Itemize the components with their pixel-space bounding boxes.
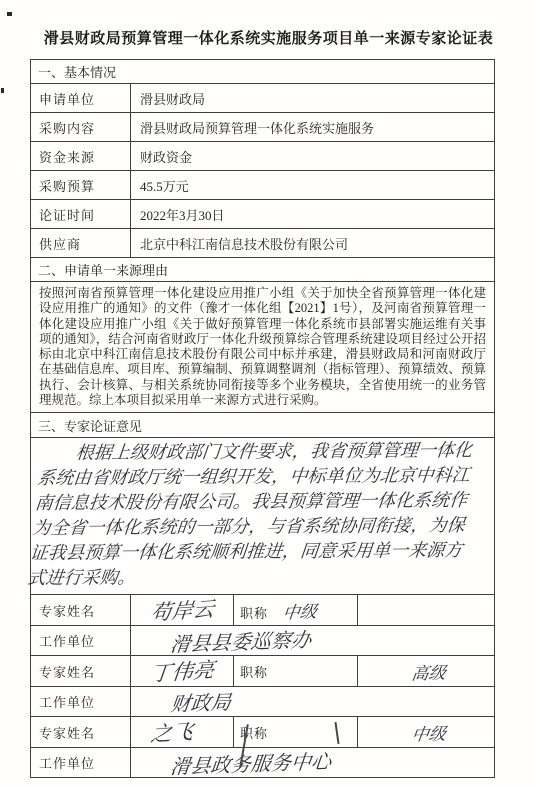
field-label-supplier: 供应商 — [31, 229, 131, 258]
field-value-supplier: 北京中科江南信息技术股份有限公司 — [131, 229, 495, 258]
expert3-extra-cell: 中级 — [358, 717, 495, 748]
document-title: 滑县财政局预算管理一体化系统实施服务项目单一来源专家论证表 — [0, 27, 537, 48]
expert2-title-label: 职称 — [240, 665, 268, 680]
single-source-reason-paragraph: 按照河南省预算管理一体化建设应用推广小组《关于加快全省预算管理一体化建设应用推广… — [31, 282, 495, 413]
expert2-title-cell: 职称 — [234, 656, 358, 687]
scan-speck — [7, 12, 12, 16]
expert1-unit-label: 工作单位 — [31, 626, 131, 656]
expert3-unit-handwriting: 滑县政务服务中心 — [169, 746, 333, 781]
expert2-name-cell: 丁伟亮 — [131, 656, 234, 687]
expert1-unit-handwriting: 滑县县委巡察办 — [169, 624, 313, 658]
expert3-name-label: 专家姓名 — [31, 717, 131, 748]
expert2-unit-cell: 财政局 — [131, 687, 495, 717]
expert2-extra-cell: 高级 — [358, 656, 495, 687]
field-label-demonstration-date: 论证时间 — [31, 200, 131, 229]
field-label-funding-source: 资金来源 — [31, 142, 131, 171]
expert1-name-cell: 苟岸云 — [131, 595, 234, 626]
scanned-document-page: 滑县财政局预算管理一体化系统实施服务项目单一来源专家论证表 一、基本情况 申请单… — [0, 0, 537, 786]
expert-opinion-handwriting: 根据上级财政部门文件要求，我省预算管理一体化系统由省财政厅统一组织开发，中标单位… — [26, 438, 484, 591]
expert3-unit-label: 工作单位 — [31, 748, 131, 778]
field-value-procurement-content: 滑县财政局预算管理一体化系统实施服务 — [131, 113, 495, 142]
scan-speck — [1, 88, 4, 93]
field-value-applicant: 滑县财政局 — [131, 84, 495, 113]
expert2-unit-label: 工作单位 — [31, 687, 131, 717]
section-expert-opinion-header: 三、专家论证意见 — [31, 413, 495, 438]
expert3-name-signature: 之飞 — [149, 716, 195, 749]
expert1-name-signature: 苟岸云 — [149, 593, 216, 627]
section-single-source-reason-header: 二、申请单一来源理由 — [31, 258, 495, 282]
expert2-name-label: 专家姓名 — [31, 656, 131, 687]
expert3-unit-cell: 滑县政务服务中心 — [131, 748, 495, 778]
expert1-extra-cell — [358, 595, 495, 626]
expert2-extra-handwriting: 高级 — [410, 658, 448, 684]
field-label-procurement-content: 采购内容 — [31, 113, 131, 142]
field-label-applicant: 申请单位 — [31, 84, 131, 113]
field-label-budget: 采购预算 — [31, 171, 131, 200]
expert3-name-cell: 之飞 — [131, 717, 234, 748]
field-value-budget: 45.5万元 — [131, 171, 495, 200]
expert1-title-label: 职称 — [240, 606, 268, 621]
field-value-demonstration-date: 2022年3月30日 — [131, 200, 495, 229]
expert2-name-signature: 丁伟亮 — [149, 654, 216, 688]
expert1-title-cell: 职称 中级 — [234, 595, 358, 626]
expert1-name-label: 专家姓名 — [31, 595, 131, 626]
expert2-unit-handwriting: 财政局 — [169, 686, 232, 717]
expert3-extra-handwriting: 中级 — [410, 719, 448, 745]
field-value-funding-source: 财政资金 — [131, 142, 495, 171]
expert-opinion-cell: 根据上级财政部门文件要求，我省预算管理一体化系统由省财政厅统一组织开发，中标单位… — [31, 438, 495, 595]
expert1-title-handwriting: 中级 — [282, 597, 319, 624]
section-basic-info-header: 一、基本情况 — [31, 60, 495, 84]
expert1-unit-cell: 滑县县委巡察办 — [131, 626, 495, 656]
expert-demonstration-form: 一、基本情况 申请单位 滑县财政局 采购内容 滑县财政局预算管理一体化系统实施服… — [30, 59, 495, 778]
